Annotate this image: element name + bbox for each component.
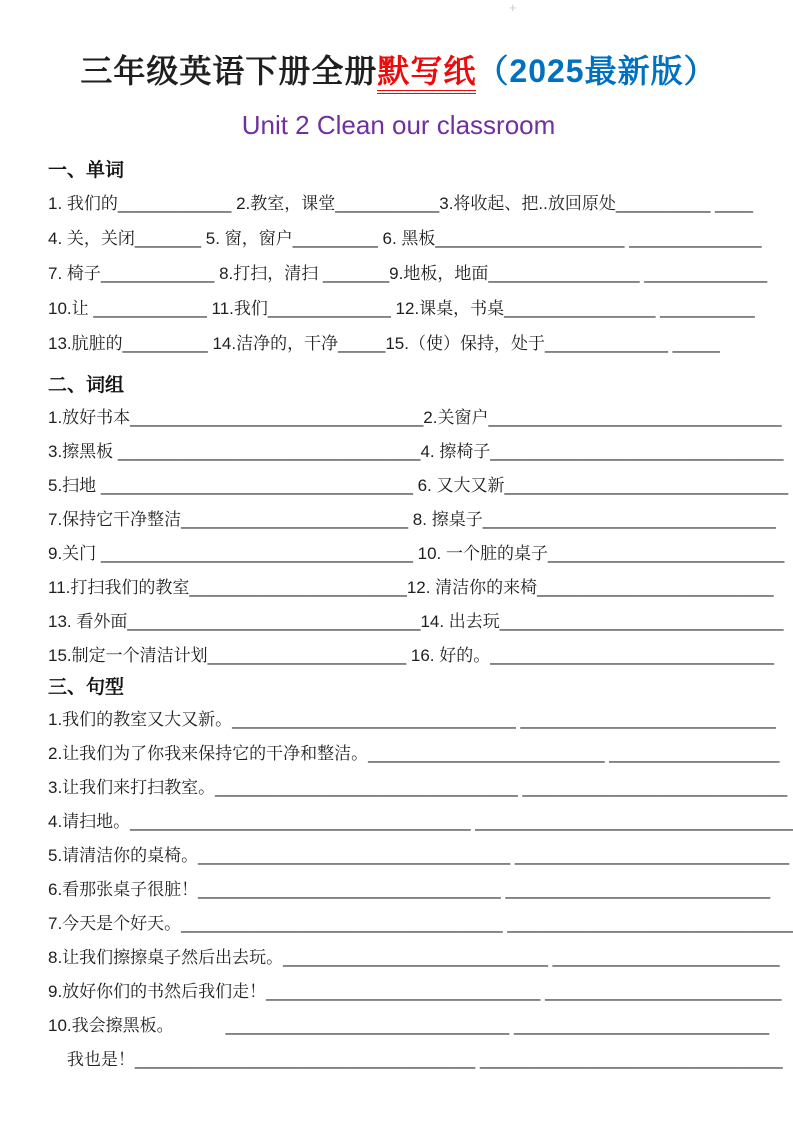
- words-line-1: 1. 我们的____________ 2.教室，课堂___________3.将…: [48, 186, 749, 221]
- sentences-line-me-too: 我也是！____________________________________…: [48, 1043, 749, 1077]
- words-line-3: 7. 椅子____________ 8.打扫，清扫 _______9.地板，地面…: [48, 256, 749, 291]
- phrases-line-5: 9.关门 _________________________________ 1…: [48, 537, 749, 571]
- unit-subtitle: Unit 2 Clean our classroom: [48, 108, 749, 142]
- phrases-line-8: 15.制定一个清洁计划_____________________ 16. 好的。…: [48, 639, 749, 673]
- sentences-line-2: 2.让我们为了你我来保持它的干净和整洁。____________________…: [48, 737, 749, 771]
- sentences-line-7: 7.今天是个好天。_______________________________…: [48, 907, 749, 941]
- phrases-line-1: 1.放好书本_______________________________2.关…: [48, 401, 749, 435]
- phrases-line-3: 5.扫地 _________________________________ 6…: [48, 469, 749, 503]
- registration-mark-icon: +: [509, 1, 517, 14]
- phrases-line-2: 3.擦黑板 ________________________________4.…: [48, 435, 749, 469]
- sentences-line-3: 3.让我们来打扫教室。_____________________________…: [48, 771, 749, 805]
- worksheet-page: + 三年级英语下册全册默写纸（2025最新版） Unit 2 Clean our…: [0, 0, 793, 1122]
- title-dictation-paper: 默写纸: [377, 53, 476, 94]
- section-heading-sentences: 三、句型: [48, 673, 749, 703]
- title-main-text: 三年级英语下册全册: [80, 53, 377, 89]
- sentences-line-4: 4.请扫地。__________________________________…: [48, 805, 749, 839]
- section-heading-phrases: 二、词组: [48, 371, 749, 401]
- sentences-line-9: 9.放好你们的书然后我们走！__________________________…: [48, 975, 749, 1009]
- phrases-line-7: 13. 看外面_______________________________14…: [48, 605, 749, 639]
- sentences-line-8: 8.让我们擦擦桌子然后出去玩。_________________________…: [48, 941, 749, 975]
- sentences-line-1: 1.我们的教室又大又新。____________________________…: [48, 703, 749, 737]
- sentences-line-10: 10.我会擦黑板。 ______________________________…: [48, 1009, 749, 1043]
- title-edition-2025: （2025最新版）: [476, 53, 716, 89]
- section-heading-words: 一、单词: [48, 156, 749, 186]
- words-line-2: 4. 关，关闭_______ 5. 窗，窗户_________ 6. 黑板___…: [48, 221, 749, 256]
- phrases-line-6: 11.打扫我们的教室_______________________12. 清洁你…: [48, 571, 749, 605]
- phrases-line-4: 7.保持它干净整洁________________________ 8. 擦桌子…: [48, 503, 749, 537]
- page-title: 三年级英语下册全册默写纸（2025最新版）: [48, 50, 749, 92]
- words-line-4: 10.让 ____________ 11.我们_____________ 12.…: [48, 291, 749, 326]
- sentences-line-5: 5.请清洁你的桌椅。______________________________…: [48, 839, 749, 873]
- words-line-5: 13.肮脏的_________ 14.洁净的，干净_____15.（使）保持，处…: [48, 326, 749, 361]
- sentences-line-6: 6.看那张桌子很脏！______________________________…: [48, 873, 749, 907]
